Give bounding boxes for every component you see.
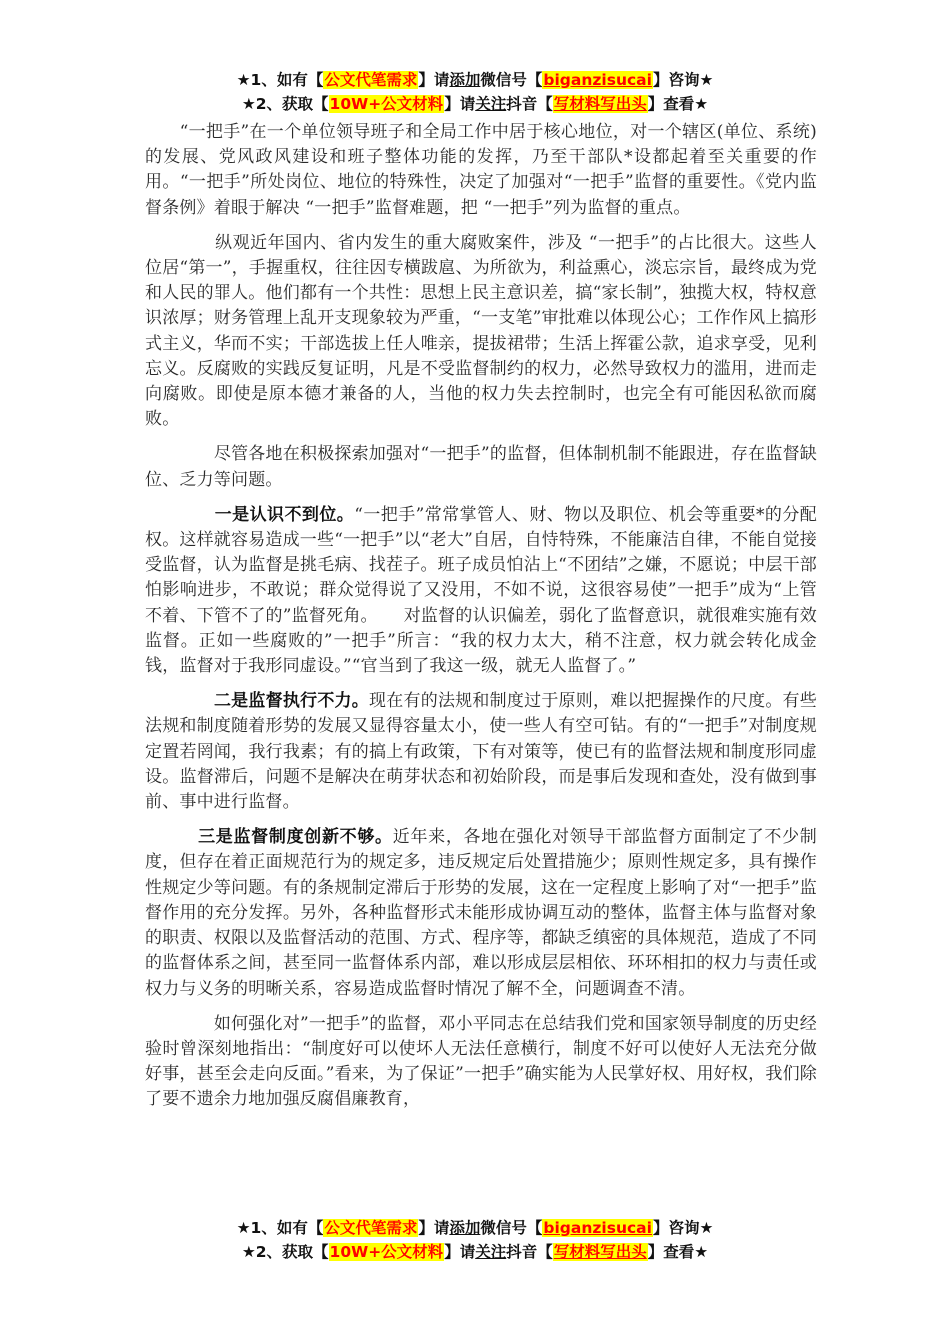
document-page: ★1、如有【公文代笔需求】请添加微信号【biganzisucai】咨询★ ★2、… (0, 0, 950, 1344)
indent (145, 691, 214, 711)
promo-text: 】请 (444, 95, 475, 113)
promo-text: 抖音【 (506, 1243, 553, 1261)
underlined-add: 添加 (449, 1219, 480, 1237)
paragraph-point-two: 二是监督执行不力。现在有的法规和制度过于原则，难以把握操作的尺度。有些法规和制度… (145, 689, 817, 815)
promo-text: 微信号【 (480, 1219, 542, 1237)
promo-banner-bottom: ★1、如有【公文代笔需求】请添加微信号【biganzisucai】咨询★ ★2、… (0, 1216, 950, 1264)
promo-line-2: ★2、获取【10W+公文材料】请关注抖音【写材料写出头】查看★ (0, 92, 950, 116)
highlight-wechat-id: biganzisucai (542, 71, 653, 89)
promo-text: ★1、如有【 (237, 71, 324, 89)
paragraph-text: 近年来，各地在强化对领导干部监督方面制定了不少制度，但存在着正面规范行为的规定多… (145, 827, 817, 998)
highlight-wechat-id: biganzisucai (542, 1219, 653, 1237)
promo-text: 】请 (418, 71, 449, 89)
promo-text: 】查看★ (648, 1243, 708, 1261)
promo-text: ★2、获取【 (242, 1243, 329, 1261)
paragraph-text: 尽管各地在积极探索加强对“一把手”的监督，但体制机制不能跟进，存在监督缺位、乏力… (145, 444, 817, 489)
promo-text: 】咨询★ (653, 71, 713, 89)
promo-line-1: ★1、如有【公文代笔需求】请添加微信号【biganzisucai】咨询★ (0, 68, 950, 92)
highlight-materials: 10W+公文材料 (329, 95, 445, 113)
paragraph-text: “一把手”常常掌管人、财、物以及职位、机会等重要*的分配权。这样就容易造成一些“… (145, 505, 817, 676)
paragraph-problems: 尽管各地在积极探索加强对“一把手”的监督，但体制机制不能跟进，存在监督缺位、乏力… (145, 442, 817, 492)
paragraph-text: “一把手”在一个单位领导班子和全局工作中居于核心地位，对一个辖区(单位、系统)的… (145, 122, 817, 218)
point-heading: 三是监督制度创新不够。 (198, 827, 393, 847)
point-heading: 一是认识不到位。 (215, 505, 354, 525)
promo-text: ★1、如有【 (237, 1219, 324, 1237)
promo-line-2: ★2、获取【10W+公文材料】请关注抖音【写材料写出头】查看★ (0, 1240, 950, 1264)
promo-text: 】请 (418, 1219, 449, 1237)
indent (145, 444, 214, 464)
indent (145, 122, 180, 142)
promo-text: ★2、获取【 (242, 95, 329, 113)
highlight-ghostwriting: 公文代笔需求 (323, 71, 418, 89)
promo-text: 微信号【 (480, 71, 542, 89)
highlight-douyin-id: 写材料写出头 (553, 1243, 648, 1261)
highlight-materials: 10W+公文材料 (329, 1243, 445, 1261)
paragraph-deng-quote: 如何强化对”一把手”的监督，邓小平同志在总结我们党和国家领导制度的历史经验时曾深… (145, 1012, 817, 1113)
promo-text: 】咨询★ (653, 1219, 713, 1237)
promo-line-1: ★1、如有【公文代笔需求】请添加微信号【biganzisucai】咨询★ (0, 1216, 950, 1240)
highlight-douyin-id: 写材料写出头 (553, 95, 648, 113)
paragraph-point-three: 三是监督制度创新不够。近年来，各地在强化对领导干部监督方面制定了不少制度，但存在… (145, 825, 817, 1001)
paragraph-point-one: 一是认识不到位。“一把手”常常掌管人、财、物以及职位、机会等重要*的分配权。这样… (145, 503, 817, 679)
indent (145, 505, 215, 525)
indent (145, 233, 215, 253)
indent (145, 827, 198, 847)
promo-banner-top: ★1、如有【公文代笔需求】请添加微信号【biganzisucai】咨询★ ★2、… (0, 68, 950, 116)
paragraph-intro: “一把手”在一个单位领导班子和全局工作中居于核心地位，对一个辖区(单位、系统)的… (145, 120, 817, 221)
paragraph-corruption-cases: 纵观近年国内、省内发生的重大腐败案件，涉及 “一把手”的占比很大。这些人位居“第… (145, 231, 817, 433)
paragraph-text: 如何强化对”一把手”的监督，邓小平同志在总结我们党和国家领导制度的历史经验时曾深… (145, 1014, 817, 1110)
underlined-follow: 关注 (475, 95, 506, 113)
indent (145, 1014, 214, 1034)
underlined-follow: 关注 (475, 1243, 506, 1261)
highlight-ghostwriting: 公文代笔需求 (323, 1219, 418, 1237)
point-heading: 二是监督执行不力。 (214, 691, 369, 711)
paragraph-text: 纵观近年国内、省内发生的重大腐败案件，涉及 “一把手”的占比很大。这些人位居“第… (145, 233, 817, 429)
promo-text: 】请 (444, 1243, 475, 1261)
document-body: “一把手”在一个单位领导班子和全局工作中居于核心地位，对一个辖区(单位、系统)的… (145, 120, 817, 1113)
promo-text: 】查看★ (648, 95, 708, 113)
underlined-add: 添加 (449, 71, 480, 89)
promo-text: 抖音【 (506, 95, 553, 113)
